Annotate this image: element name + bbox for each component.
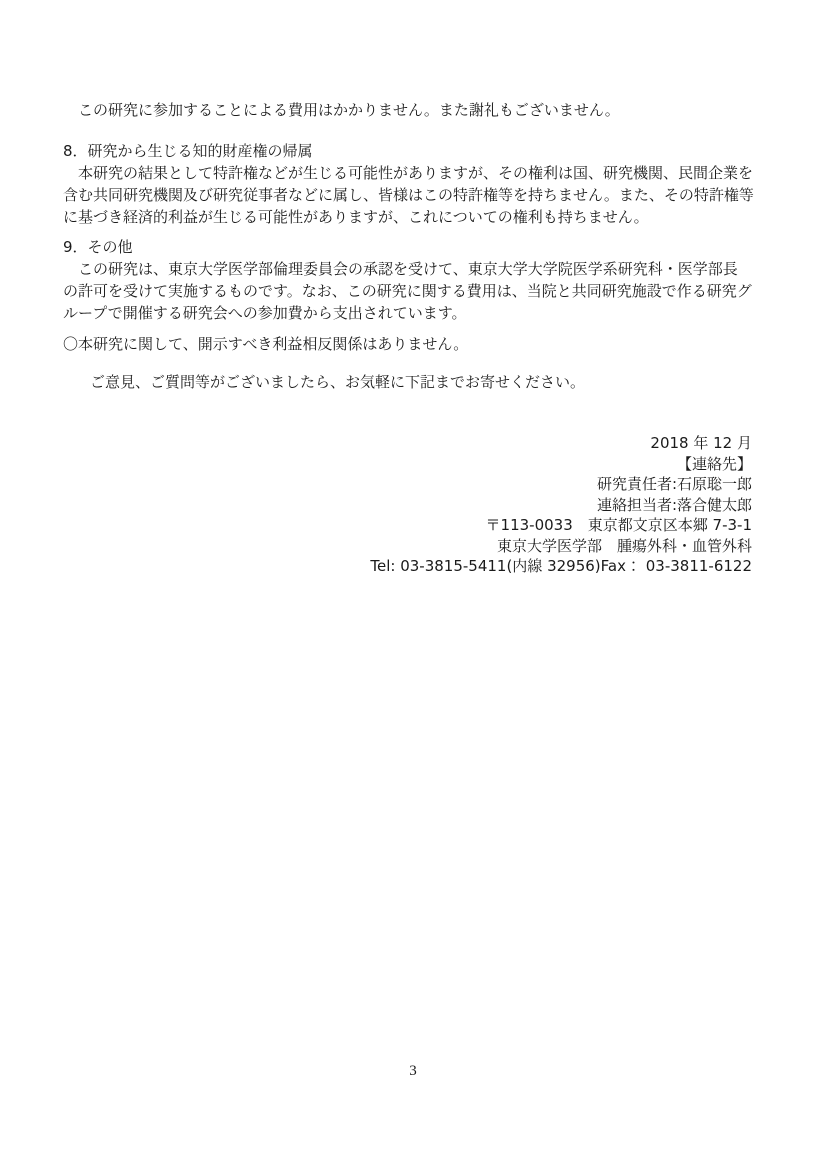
coi-statement-text: 〇本研究に関して、開示すべき利益相反関係はありません。 — [63, 333, 769, 355]
inquiry-note-text: ご意見、ご質問等がございましたら、お気軽に下記までお寄せください。 — [63, 371, 769, 393]
contact-liaison: 連絡担当者:落合健太郎 — [370, 495, 752, 516]
contact-address: 〒113-0033 東京都文京区本郷 7-3-1 — [370, 515, 752, 536]
section-8: 8．研究から生じる知的財産権の帰属 本研究の結果として特許権などが生じる可能性が… — [63, 140, 769, 228]
section-9-heading: 9．その他 — [63, 236, 769, 258]
section-8-line: に基づき経済的利益が生じる可能性がありますが、これについての権利も持ちません。 — [63, 206, 769, 228]
contact-block: 2018 年 12 月 【連絡先】 研究責任者:石原聡一郎 連絡担当者:落合健太… — [370, 433, 752, 577]
section-8-heading: 8．研究から生じる知的財産権の帰属 — [63, 140, 769, 162]
page-number: 3 — [0, 1062, 826, 1080]
section-9-line: この研究は、東京大学医学部倫理委員会の承認を受けて、東京大学大学院医学系研究科・… — [63, 258, 769, 280]
contact-date: 2018 年 12 月 — [370, 433, 752, 454]
section-9-line: ループで開催する研究会への参加費から支出されています。 — [63, 302, 769, 324]
section-8-line: 本研究の結果として特許権などが生じる可能性がありますが、その権利は国、研究機関、… — [63, 162, 769, 184]
contact-department: 東京大学医学部 腫瘍外科・血管外科 — [370, 536, 752, 557]
inquiry-note-paragraph: ご意見、ご質問等がございましたら、お気軽に下記までお寄せください。 — [63, 371, 769, 393]
section-8-line: 含む共同研究機関及び研究従事者などに属し、皆様はこの特許権等を持ちません。また、… — [63, 184, 769, 206]
contact-heading: 【連絡先】 — [370, 454, 752, 475]
coi-statement-paragraph: 〇本研究に関して、開示すべき利益相反関係はありません。 — [63, 333, 769, 355]
document-page: この研究に参加することによる費用はかかりません。また謝礼もございません。 8．研… — [0, 0, 826, 1169]
section-9-line: の許可を受けて実施するものです。なお、この研究に関する費用は、当院と共同研究施設… — [63, 280, 769, 302]
fee-note-paragraph: この研究に参加することによる費用はかかりません。また謝礼もございません。 — [63, 99, 769, 121]
section-9: 9．その他 この研究は、東京大学医学部倫理委員会の承認を受けて、東京大学大学院医… — [63, 236, 769, 324]
contact-principal-investigator: 研究責任者:石原聡一郎 — [370, 474, 752, 495]
contact-tel-fax: Tel: 03-3815-5411(内線 32956)Fax： 03-3811-… — [370, 556, 752, 577]
fee-note-text: この研究に参加することによる費用はかかりません。また謝礼もございません。 — [63, 99, 769, 121]
